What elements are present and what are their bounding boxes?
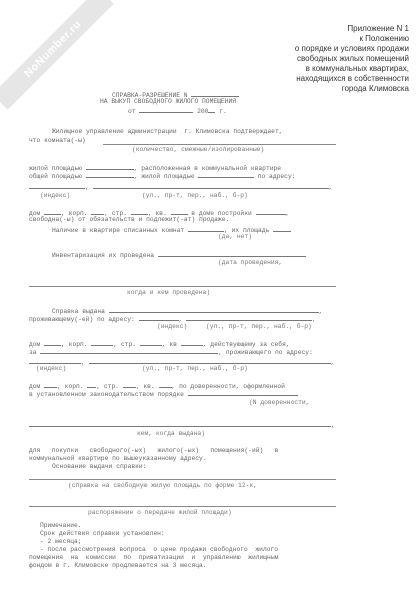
structure-3-field[interactable] — [123, 381, 136, 388]
for-line: за , проживающего по адресу: — [29, 347, 313, 357]
proxy-line: в установленном законодательством порядк… — [29, 389, 298, 399]
index-2-field[interactable] — [139, 314, 179, 321]
appendix-line: о порядке и условиях продажи — [295, 44, 409, 54]
paragraph-confirm: Жилищное управление администрации г. Кли… — [52, 128, 283, 136]
index-3-field[interactable] — [29, 357, 81, 364]
hint-street-3: (ул., пр-т, пер., наб., б-р) — [142, 365, 248, 373]
note-line: - после рассмотрения вопроса о цене прод… — [40, 546, 278, 554]
building-2-field[interactable] — [91, 339, 113, 346]
issued-to-field[interactable] — [109, 306, 319, 313]
apartment-field[interactable] — [171, 208, 188, 215]
appendix-line: Приложение N 1 — [295, 24, 409, 34]
living-area-field[interactable] — [86, 163, 134, 170]
appendix-line: находящихся в собственности — [295, 74, 409, 84]
living-area-2-field[interactable] — [198, 171, 254, 178]
year-field[interactable] — [208, 106, 215, 113]
hint-index-3: (индекс) — [36, 365, 66, 373]
appendix-line: города Климовска — [295, 84, 409, 94]
structure-2-field[interactable] — [140, 339, 162, 346]
proxy-line-2: , — [29, 420, 335, 430]
hint-proxy-1: (N доверенности, — [249, 399, 309, 407]
apartment-2-field[interactable] — [181, 339, 203, 346]
written-off-line: Наличие в квартире списанных комнат , их… — [52, 225, 291, 235]
appendix-line: в коммунальных квартирах, — [295, 64, 409, 74]
total-area-field[interactable] — [86, 171, 134, 178]
appendix-line: к Положению — [295, 34, 409, 44]
inventory-field[interactable] — [158, 250, 306, 257]
date-field[interactable] — [139, 106, 193, 113]
note-line: - 2 месяца; — [40, 538, 82, 546]
hint-rooms: (количество, смежные/изолированные) — [132, 146, 264, 154]
building-field[interactable] — [91, 208, 104, 215]
hint-inventory-2: когда и кем проведена) — [127, 289, 210, 297]
basis-field-2[interactable] — [29, 506, 336, 507]
address-line-1: , , — [29, 182, 332, 192]
street-2-field[interactable] — [186, 314, 312, 321]
hint-street-2: (ул., пр-т, пер., наб., б-р) — [206, 323, 312, 331]
inventory-field-2[interactable] — [29, 286, 336, 287]
street-3-field[interactable] — [89, 357, 331, 364]
house-field[interactable] — [44, 208, 61, 215]
rooms-field[interactable] — [103, 144, 336, 145]
proxy-field[interactable] — [188, 389, 298, 396]
hint-index-2: (индекс) — [157, 323, 187, 331]
hint-basis-2: распоряжение о передаче жилой площади) — [88, 509, 232, 517]
structure-field[interactable] — [131, 208, 148, 215]
appendix-header: Приложение N 1 к Положению о порядке и у… — [295, 24, 409, 94]
hint-basis-1: (справка на свободную жилую площадь по ф… — [68, 482, 257, 490]
hint-proxy-2: кем, когда выдана) — [137, 430, 205, 438]
note-line: фондом в г. Климовске продлевается на 3 … — [29, 562, 207, 570]
rooms-label: что комната(-ы) — [29, 137, 86, 145]
purpose-line-2: коммунальной квартире по вышеуказанному … — [29, 455, 207, 463]
build-year-field[interactable] — [256, 208, 286, 215]
house-2-field[interactable] — [44, 339, 61, 346]
appendix-line: свободных жилых помещений — [295, 54, 409, 64]
note-line: Срок действия справки установлен: — [40, 530, 165, 538]
street-field[interactable] — [93, 182, 329, 189]
hint-street: (ул., пр-т, пер., наб., б-р) — [142, 192, 248, 200]
for-person-field[interactable] — [40, 347, 218, 354]
hint-yesno: (да, нет) — [218, 233, 252, 241]
building-3-field[interactable] — [87, 381, 96, 388]
written-off-area-field[interactable] — [273, 225, 291, 232]
hint-index: (индекс) — [40, 192, 70, 200]
apartment-3-field[interactable] — [159, 381, 172, 388]
doc-subtitle: НА ВЫКУП СВОБОДНОГО ЖИЛОГО ПОМЕЩЕНИЯ — [100, 98, 236, 106]
free-line: свободна(-ы) от обязательств и подлежит(… — [29, 216, 229, 224]
hint-inventory-1: (дата проведения, — [218, 259, 282, 267]
basis-label: Основание выдачи справки: — [52, 463, 146, 471]
written-off-field[interactable] — [188, 225, 224, 232]
proxy-issued-field[interactable] — [29, 420, 331, 427]
note-title: Примечание. — [40, 522, 82, 530]
house-3-field[interactable] — [44, 381, 57, 388]
note-line: помещения на комиссии по приватизации и … — [29, 554, 278, 562]
purpose-line-1: для покупки свободного(-ых) жилого(-ых) … — [29, 447, 278, 455]
area-line-2: общей площадью , жилой площадью по адрес… — [29, 171, 296, 181]
doc-number-field[interactable] — [191, 90, 239, 97]
watermark: NoNumber.ru — [0, 0, 114, 110]
basis-field[interactable] — [29, 479, 336, 480]
doc-date: от 200 г. — [128, 106, 227, 116]
index-field[interactable] — [29, 182, 85, 189]
